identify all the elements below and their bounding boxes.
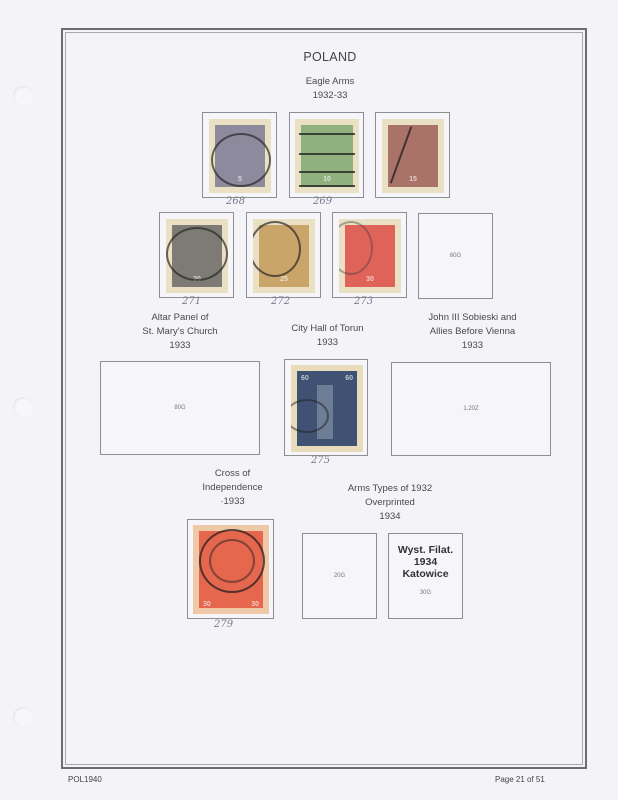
page-code: POL1940 [68, 775, 102, 784]
slot-value-60g: 60G [450, 253, 461, 259]
page-number: Page 21 of 51 [495, 775, 545, 784]
binder-hole-top [13, 86, 33, 106]
stamp-eagle-5gr[interactable]: 5 [209, 119, 271, 193]
catalog-note-269: 269 [313, 196, 332, 207]
empty-slot-30g-overprint[interactable]: Wyst. Filat. 1934 Katowice 30G [388, 533, 463, 619]
stamp-eagle-25gr[interactable]: 25 [253, 219, 315, 293]
slot-value-30g: 30G [389, 590, 462, 596]
empty-slot-80g[interactable]: 80G [100, 361, 260, 455]
binder-hole-bottom [13, 707, 33, 727]
empty-slot-60g[interactable]: 60G [418, 213, 493, 299]
stamp-slot-269: 10 [289, 112, 364, 198]
catalog-note-271: 271 [182, 296, 201, 307]
overprint-text: Wyst. Filat. 1934 Katowice [389, 544, 462, 580]
set-title-altar-panel: Altar Panel of St. Mary's Church 1933 [115, 311, 245, 353]
binder-hole-middle [13, 397, 33, 417]
stamp-cross-of-independence-30gr[interactable]: 30 30 [193, 525, 269, 614]
stamp-slot-15gr: 15 [375, 112, 450, 198]
empty-slot-20g[interactable]: 20G [302, 533, 377, 619]
stamp-slot-275: 60 60 [284, 359, 368, 456]
country-title: POLAND [250, 50, 410, 64]
catalog-note-272: 272 [271, 296, 290, 307]
set-years-eagle-arms: 1932-33 [250, 89, 410, 103]
stamp-slot-272: 25 [246, 212, 321, 298]
stamp-slot-271: 20 [159, 212, 234, 298]
stamp-slot-268: 5 [202, 112, 277, 198]
stamp-slot-273: 30 [332, 212, 407, 298]
set-title-cross-of-independence: Cross of Independence ·1933 [170, 467, 295, 509]
stamp-eagle-20gr[interactable]: 20 [166, 219, 228, 293]
catalog-note-275: 275 [311, 455, 330, 466]
set-title-arms-overprinted: Arms Types of 1932 Overprinted 1934 [320, 482, 460, 524]
stamp-slot-279: 30 30 [187, 519, 274, 619]
catalog-note-268: 268 [226, 196, 245, 207]
stamp-eagle-15gr[interactable]: 15 [382, 119, 444, 193]
slot-value-80g: 80G [174, 405, 185, 411]
stamp-eagle-30gr[interactable]: 30 [339, 219, 401, 293]
stamp-city-hall-torun-60gr[interactable]: 60 60 [291, 365, 363, 452]
empty-slot-1-20z[interactable]: 1.20Z [391, 362, 551, 456]
slot-value-20g: 20G [334, 573, 345, 579]
slot-value-1-20z: 1.20Z [463, 406, 478, 412]
catalog-note-273: 273 [354, 296, 373, 307]
set-title-sobieski: John III Sobieski and Allies Before Vien… [405, 311, 540, 353]
stamp-eagle-10gr[interactable]: 10 [295, 119, 359, 193]
set-title-eagle-arms: Eagle Arms [250, 75, 410, 89]
catalog-note-279: 279 [214, 619, 233, 630]
set-title-city-hall-torun: City Hall of Torun 1933 [265, 322, 390, 350]
